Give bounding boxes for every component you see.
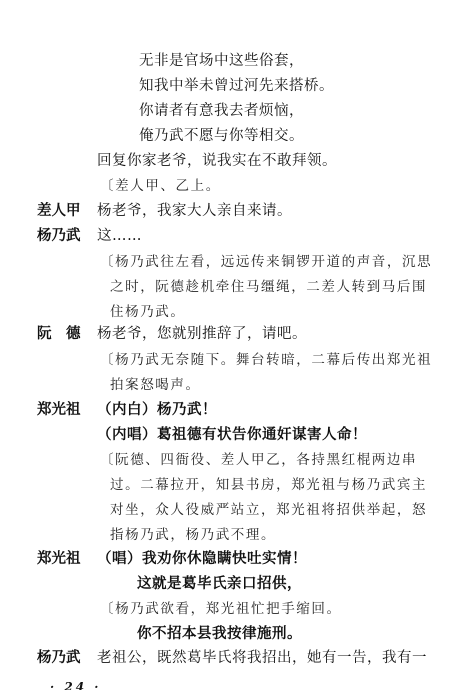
speaker-name: 杨乃武 [37, 648, 81, 668]
speaker-name: 差人甲 [37, 201, 81, 221]
stage-direction: 之时，阮德趁机牵住马缰绳，二差人转到马后围 [110, 277, 427, 297]
dialogue-line: （唱）我劝你休隐瞒快吐实情！ [97, 549, 307, 569]
page-number: · 24 · [50, 680, 101, 690]
speaker-name: 郑光祖 [37, 549, 81, 569]
stage-direction: 对坐，众人役威严站立，郑光祖将招供举起，怒 [110, 500, 427, 520]
dialogue-line: （内白）杨乃武！ [97, 400, 217, 420]
speaker-name: 杨乃武 [37, 226, 81, 246]
verse-line: 无非是官场中这些俗套， [139, 51, 304, 71]
verse-line: 俺乃武不愿与你等相交。 [139, 126, 304, 146]
stage-direction: 〔杨乃武欲看，郑光祖忙把手缩回。 [100, 599, 342, 619]
stage-direction: 过。二幕拉开，知县书房，郑光祖与杨乃武宾主 [110, 475, 427, 495]
stage-direction: 〔杨乃武往左看，远远传来铜锣开道的声音，沉思 [100, 252, 432, 272]
stage-direction: 〔阮德、四衙役、差人甲乙，各持黑红棍两边串 [100, 450, 417, 470]
verse-line: 你请者有意我去者烦恼， [139, 101, 304, 121]
stage-direction: 住杨乃武。 [110, 302, 186, 322]
dialogue-line: 回复你家老爷，说我实在不敢拜领。 [97, 151, 337, 171]
dialogue-line: （内唱）葛祖德有状告你通奸谋害人命！ [97, 425, 367, 445]
dialogue-line: 杨老爷，您就别推辞了，请吧。 [97, 324, 307, 344]
verse-line: 你不招本县我按律施刑。 [137, 624, 302, 644]
dialogue-line: 老祖公，既然葛毕氏将我招出，她有一告，我有一 [97, 648, 427, 668]
stage-direction: 〔杨乃武无奈随下。舞台转暗，二幕后传出郑光祖 [100, 350, 432, 370]
speaker-name: 郑光祖 [37, 400, 81, 420]
verse-line: 知我中举未曾过河先来搭桥。 [139, 76, 334, 96]
stage-direction: 〔差人甲、乙上。 [100, 176, 221, 196]
verse-line: 这就是葛毕氏亲口招供， [137, 574, 302, 594]
stage-direction: 拍案怒喝声。 [110, 375, 201, 395]
speaker-name: 阮 德 [37, 324, 81, 344]
dialogue-line: 杨老爷，我家大人亲自来请。 [97, 201, 292, 221]
dialogue-line: 这…… [97, 226, 142, 246]
stage-direction: 指杨乃武，杨乃武不理。 [110, 525, 276, 545]
